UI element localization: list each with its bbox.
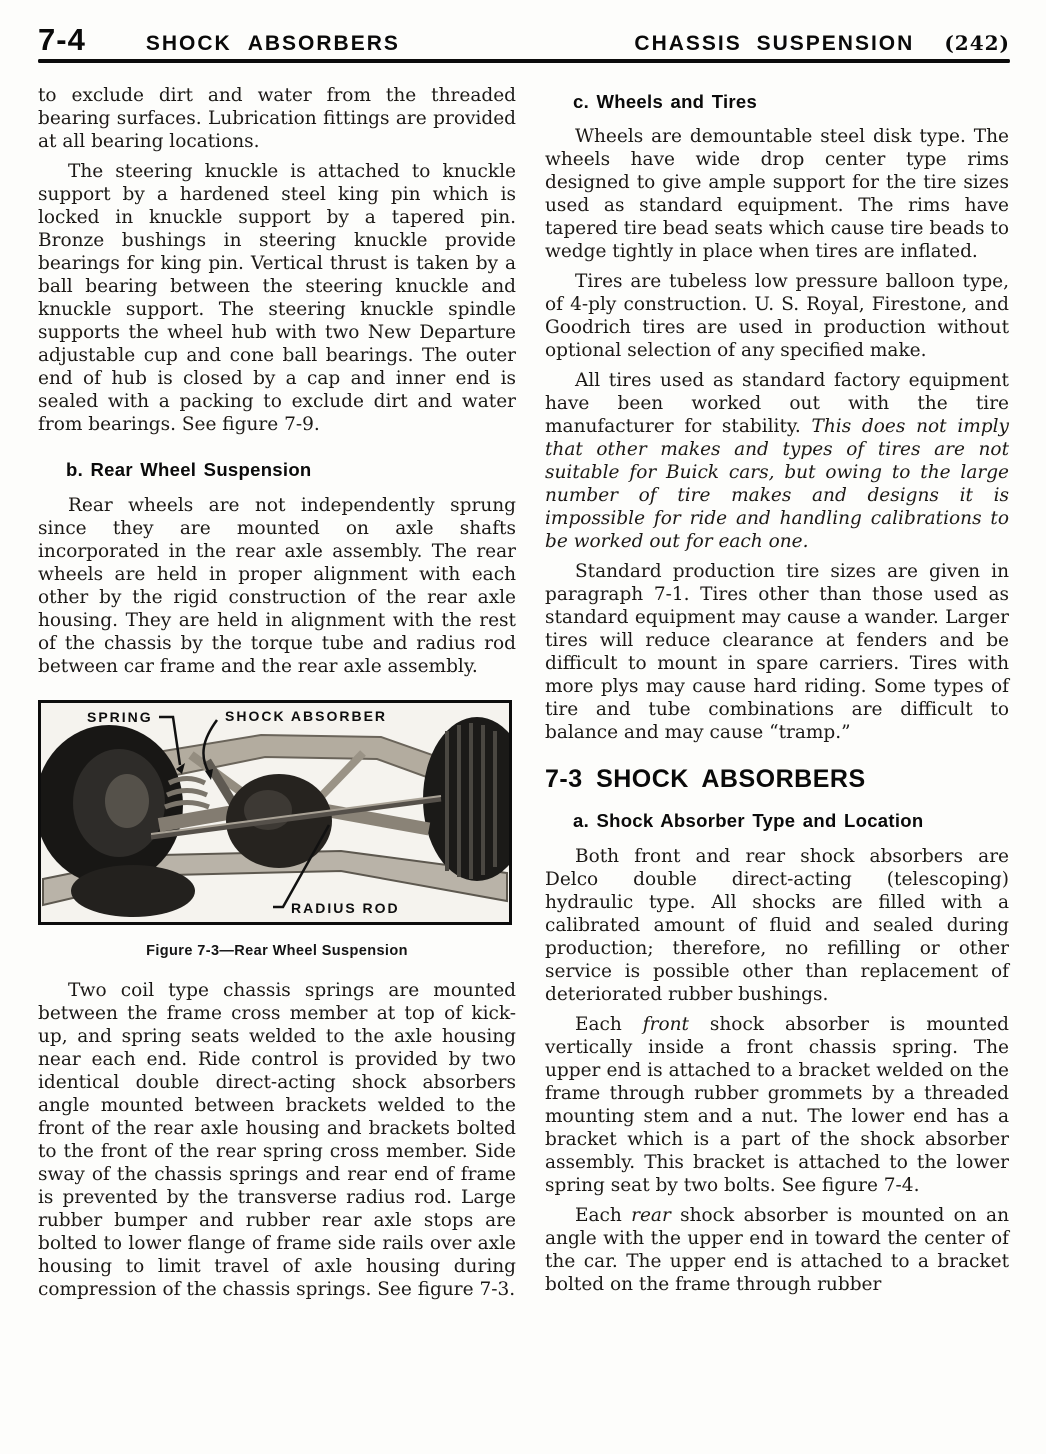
paragraph-rear-shock: Each rear shock absorber is mounted on a… xyxy=(545,1204,1009,1296)
right-column: c. Wheels and Tires Wheels are demountab… xyxy=(545,88,1009,1303)
running-title-right: CHASSIS SUSPENSION xyxy=(634,32,914,56)
paragraph-text: shock absorber is mounted vertically ins… xyxy=(545,1014,1009,1196)
paragraph-tire-stability: All tires used as standard factory equip… xyxy=(545,369,1009,553)
paragraph-text: Each xyxy=(575,1014,643,1035)
paragraph-wheels: Wheels are demountable steel disk type. … xyxy=(545,125,1009,263)
heading-rear-wheel-suspension: b. Rear Wheel Suspension xyxy=(66,458,516,481)
label-shock-absorber: SHOCK ABSORBER xyxy=(225,708,387,724)
figure-7-3: SPRING SHOCK ABSORBER RADIUS ROD Figure … xyxy=(38,700,516,963)
section-number: 7-4 xyxy=(38,22,86,58)
header-left: 7-4 SHOCK ABSORBERS xyxy=(38,22,400,58)
heading-wheels-and-tires: c. Wheels and Tires xyxy=(573,90,1009,113)
paragraph-steering-knuckle: The steering knuckle is attached to knuc… xyxy=(38,160,516,436)
paragraph-text: Each xyxy=(575,1205,631,1226)
paragraph-delco-shocks: Both front and rear shock absorbers are … xyxy=(545,845,1009,1006)
figure-caption: Figure 7-3—Rear Wheel Suspension xyxy=(38,940,516,963)
label-spring: SPRING xyxy=(87,709,153,725)
paragraph-tires-tubeless: Tires are tubeless low pressure balloon … xyxy=(545,270,1009,362)
paragraph-italic-text: rear xyxy=(631,1205,671,1226)
left-column: to exclude dirt and water from the threa… xyxy=(38,84,516,1308)
rear-suspension-illustration: SPRING SHOCK ABSORBER RADIUS ROD xyxy=(41,703,509,922)
paragraph-italic-text: front xyxy=(643,1014,689,1035)
figure-image-frame: SPRING SHOCK ABSORBER RADIUS ROD xyxy=(38,700,512,925)
header-rule xyxy=(38,59,1010,63)
manual-page: 7-4 SHOCK ABSORBERS CHASSIS SUSPENSION (… xyxy=(0,0,1046,1454)
page-header: 7-4 SHOCK ABSORBERS CHASSIS SUSPENSION (… xyxy=(38,22,1010,58)
paragraph-front-shock: Each front shock absorber is mounted ver… xyxy=(545,1013,1009,1197)
heading-shock-absorber-type: a. Shock Absorber Type and Location xyxy=(573,809,1009,832)
paragraph-rear-wheels: Rear wheels are not independently sprung… xyxy=(38,494,516,678)
paragraph-coil-springs: Two coil type chassis springs are mounte… xyxy=(38,979,516,1301)
label-radius-rod: RADIUS ROD xyxy=(291,900,400,916)
running-title-left: SHOCK ABSORBERS xyxy=(146,32,400,56)
heading-7-3-shock-absorbers: 7-3 SHOCK ABSORBERS xyxy=(545,768,1009,791)
header-right: CHASSIS SUSPENSION (242) xyxy=(634,31,1010,56)
paragraph-bearing-surfaces: to exclude dirt and water from the threa… xyxy=(38,84,516,153)
page-number: (242) xyxy=(944,31,1010,55)
paragraph-tire-sizes: Standard production tire sizes are given… xyxy=(545,560,1009,744)
